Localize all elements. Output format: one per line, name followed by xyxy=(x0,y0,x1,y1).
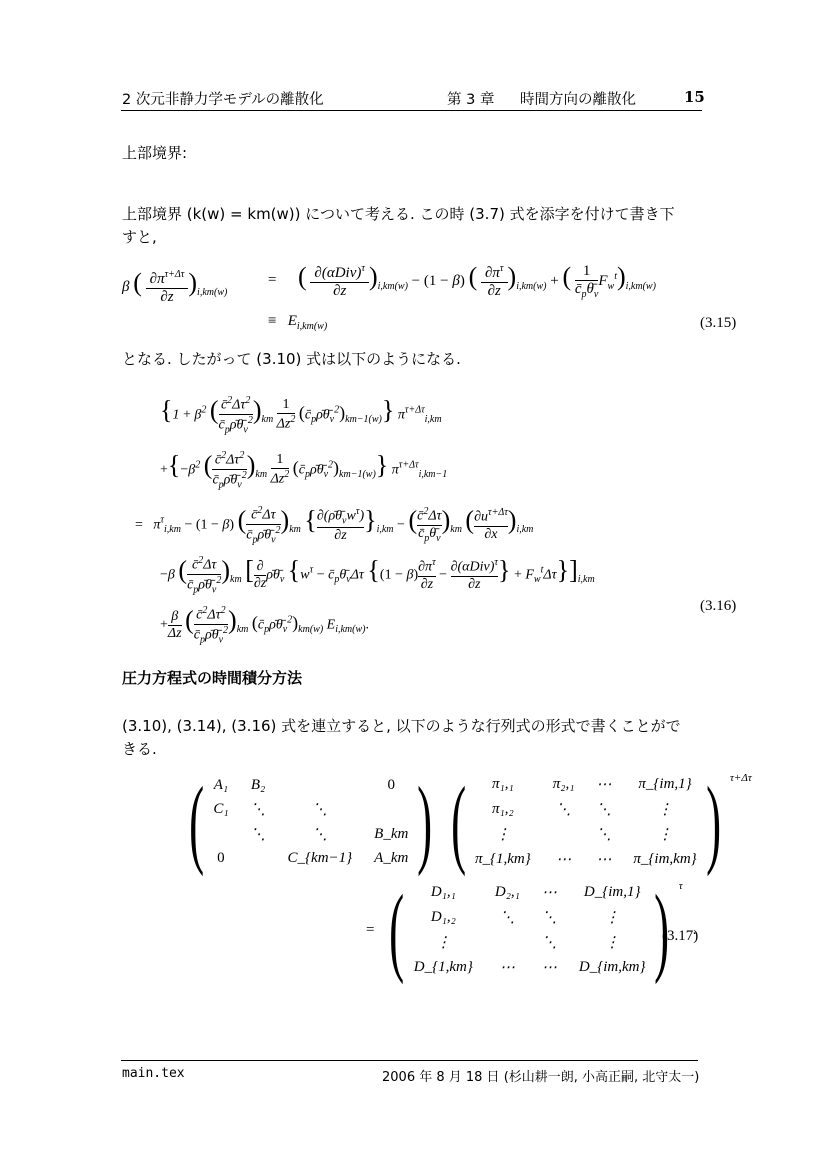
equation-3-17-lhs: ( A₁B₂0 C₁⋱⋱ ⋱⋱B_km 0C_{km−1}A_km ) ( π₁… xyxy=(180,772,752,872)
paragraph-line: すと, xyxy=(122,226,157,249)
equation-number-3-15: (3.15) xyxy=(700,315,736,332)
footer-rule xyxy=(121,1060,698,1061)
section-heading-upper-boundary: 上部境界: xyxy=(122,142,187,165)
equation-3-17-rhs: = ( D₁,₁D₂,₁⋯D_{im,1} D₁,₂⋱⋱⋮ ⋮⋱⋮ D_{1,k… xyxy=(366,880,696,980)
equation-3-16-line3: = πτi,km − (1 − β) (c̄2Δτc̄pρ̄θ̄v2)km {∂… xyxy=(135,505,533,545)
equation-3-15-rhs: ( ∂(αDiv)τ ∂z )i,km(w) − (1 − β) ( ∂πτ ∂… xyxy=(298,262,656,300)
paragraph-line: きる. xyxy=(122,738,157,761)
equation-3-16-line2: +{−β2 (c̄2Δτ2c̄pρ̄θ̄v2)km 1Δz2 (c̄pρ̄θ̄v… xyxy=(160,450,447,490)
equation-3-16-line4: −β (c̄2Δτc̄pρ̄θ̄v2)km [∂∂zρ̄θ̄v {wτ − c̄… xyxy=(160,555,595,595)
header-rule xyxy=(121,110,702,111)
matrix-pi: π₁,₁π₂,₁⋯π_{im,1} π₁,₂⋱⋱⋮ ⋮⋱⋮ π_{1,km}⋯⋯… xyxy=(475,775,697,869)
paragraph-line: となる. したがって (3.10) 式は以下のようになる. xyxy=(122,348,461,371)
equation-3-15-lhs: β ( ∂πτ+Δτ ∂z )i,km(w) xyxy=(122,268,227,306)
equation-3-15-equiv: ≡ Ei,km(w) xyxy=(268,313,327,332)
footer-filename: main.tex xyxy=(122,1066,185,1081)
equation-3-15-equals: = xyxy=(268,272,276,289)
pi-superscript: τ+Δτ xyxy=(730,772,752,784)
section-heading-pressure: 圧力方程式の時間積分方法 xyxy=(122,667,302,688)
equation-3-16-line1: {1 + β2 (c̄2Δτ2c̄pρ̄θ̄v2)km 1Δz2 (c̄pρ̄θ… xyxy=(160,395,442,435)
paragraph-line: (3.10), (3.14), (3.16) 式を連立すると, 以下のような行列… xyxy=(122,715,681,738)
running-title: 2 次元非静力学モデルの離散化 xyxy=(122,88,324,109)
paragraph-line: 上部境界 (k(w) = km(w)) について考える. この時 (3.7) 式… xyxy=(122,203,675,226)
footer-date-authors: 2006 年 8 月 18 日 (杉山耕一朗, 小高正嗣, 北守太一) xyxy=(382,1066,699,1085)
matrix-D: D₁,₁D₂,₁⋯D_{im,1} D₁,₂⋱⋱⋮ ⋮⋱⋮ D_{1,km}⋯⋯… xyxy=(414,883,646,977)
equation-number-3-17: (3.17) xyxy=(662,928,698,945)
chapter-title: 時間方向の離散化 xyxy=(520,88,636,109)
D-superscript: τ xyxy=(679,880,683,892)
matrix-A: A₁B₂0 C₁⋱⋱ ⋱⋱B_km 0C_{km−1}A_km xyxy=(213,777,408,867)
equation-number-3-16: (3.16) xyxy=(700,598,736,615)
equation-3-16-line5: +βΔz (c̄2Δτ2c̄pρ̄θ̄v2)km (c̄pρ̄θ̄v2)km(w… xyxy=(160,605,369,645)
chapter-label: 第 3 章 xyxy=(447,88,494,109)
page-number: 15 xyxy=(684,88,705,106)
